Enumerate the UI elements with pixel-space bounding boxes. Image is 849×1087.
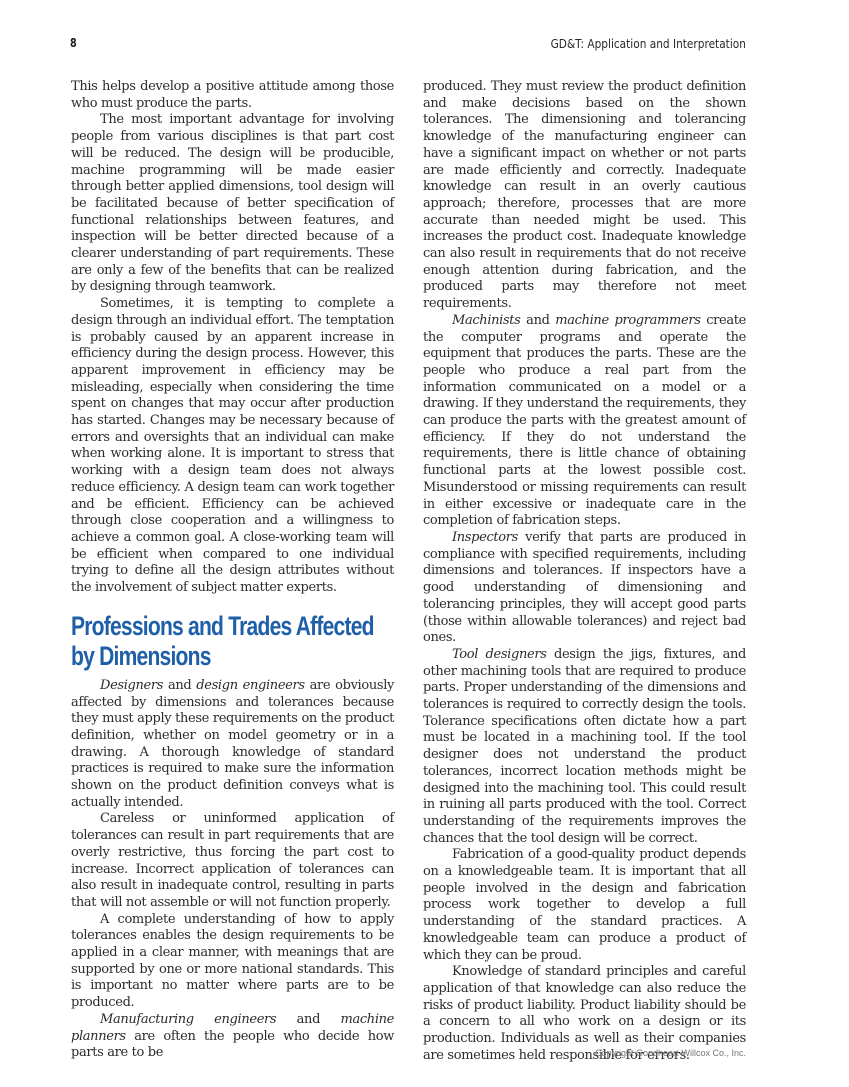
term: Manufacturing engineers [100,1012,276,1027]
term: Designers [100,678,163,693]
text: and [276,1012,340,1027]
paragraph: A complete understanding of how to apply… [71,912,394,1012]
text: design the jigs, fixtures, and other mac… [423,647,746,846]
right-column: produced. They must review the product d… [423,79,746,1064]
paragraph: produced. They must review the product d… [423,79,746,313]
term: machine programmers [555,313,700,328]
paragraph: Designers and design engineers are obvio… [71,678,394,812]
page-number: 8 [70,36,77,50]
paragraph: This helps develop a positive attitude a… [71,79,394,112]
text: and [163,678,196,693]
paragraph: Tool designers design the jigs, fixtures… [423,647,746,847]
term: design engineers [196,678,304,693]
paragraph: Machinists and machine programmers creat… [423,313,746,530]
paragraph: Fabrication of a good-quality product de… [423,847,746,964]
term: Tool designers [452,647,547,662]
text: create the computer programs and operate… [423,313,746,528]
running-header-title: GD&T: Application and Interpretation [551,37,746,51]
section-heading: Professions and Trades Affected by Dimen… [71,611,323,671]
section-heading-line-2: by Dimensions [71,641,323,671]
paragraph: Manufacturing engineers and machine plan… [71,1012,394,1062]
term: Inspectors [452,530,518,545]
section-heading-line-1: Professions and Trades Affected [71,611,323,641]
text: and [520,313,555,328]
term: Machinists [452,313,520,328]
copyright-footer: Copyright Goodheart-Willcox Co., Inc. [595,1048,746,1058]
paragraph: Careless or uninformed application of to… [71,811,394,911]
paragraph: The most important advantage for involvi… [71,112,394,296]
left-column: This helps develop a positive attitude a… [71,79,394,1062]
text: verify that parts are produced in compli… [423,530,746,645]
paragraph: Inspectors verify that parts are produce… [423,530,746,647]
text: are obviously affected by dimensions and… [71,678,394,810]
paragraph: Sometimes, it is tempting to complete a … [71,296,394,597]
